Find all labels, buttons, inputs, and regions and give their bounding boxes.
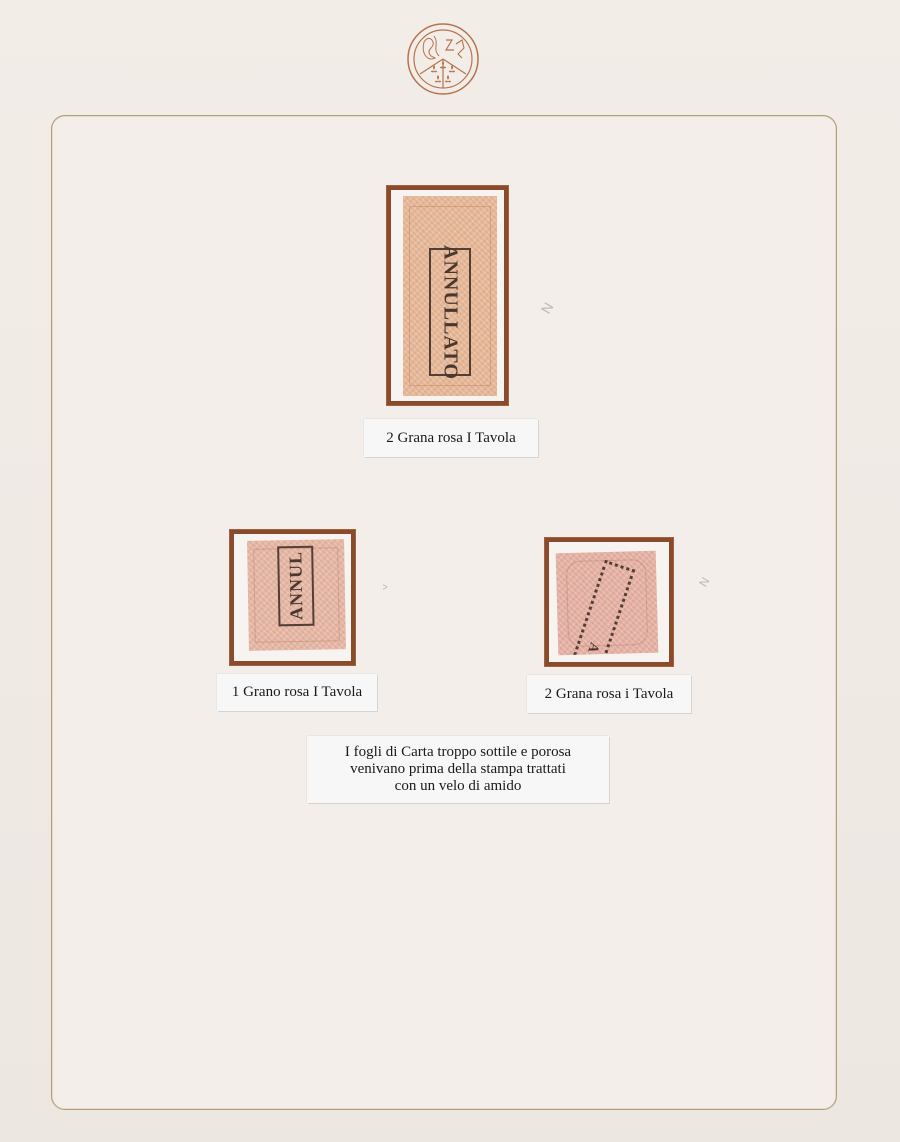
pencil-mark: ^ — [376, 584, 390, 590]
label-text: 1 Grano rosa I Tavola — [232, 684, 362, 701]
stamp-1-grano[interactable]: ANNUL — [247, 539, 346, 651]
crest-icon — [406, 22, 480, 96]
note-line: venivano prima della stampa trattati — [350, 761, 566, 778]
label-left-stamp: 1 Grano rosa I Tavola — [217, 674, 377, 711]
label-text: 2 Grana rosa I Tavola — [386, 430, 515, 447]
label-top-stamp: 2 Grana rosa I Tavola — [364, 419, 538, 457]
stamp-mount-right: A — [545, 538, 673, 666]
stamp-2-grana-top[interactable]: ANNULLATO — [403, 196, 497, 396]
stamp-2-grana-right[interactable]: A — [556, 551, 659, 656]
note-line: con un velo di amido — [395, 778, 522, 795]
cancel-text: ANNULLATO — [439, 245, 462, 380]
annullato-cancel-mark: ANNUL — [277, 546, 314, 627]
label-text: 2 Grana rosa i Tavola — [545, 686, 674, 703]
stamp-mount-left: ANNUL — [230, 530, 355, 665]
label-right-stamp: 2 Grana rosa i Tavola — [527, 675, 691, 713]
annullato-cancel-mark: ANNULLATO — [429, 248, 471, 376]
stamp-mount-top: ANNULLATO — [387, 186, 508, 405]
note-line: I fogli di Carta troppo sottile e porosa — [345, 744, 571, 761]
cancel-text: ANNUL — [285, 551, 307, 620]
cancel-text: A — [583, 640, 602, 655]
description-note: I fogli di Carta troppo sottile e porosa… — [307, 736, 609, 803]
